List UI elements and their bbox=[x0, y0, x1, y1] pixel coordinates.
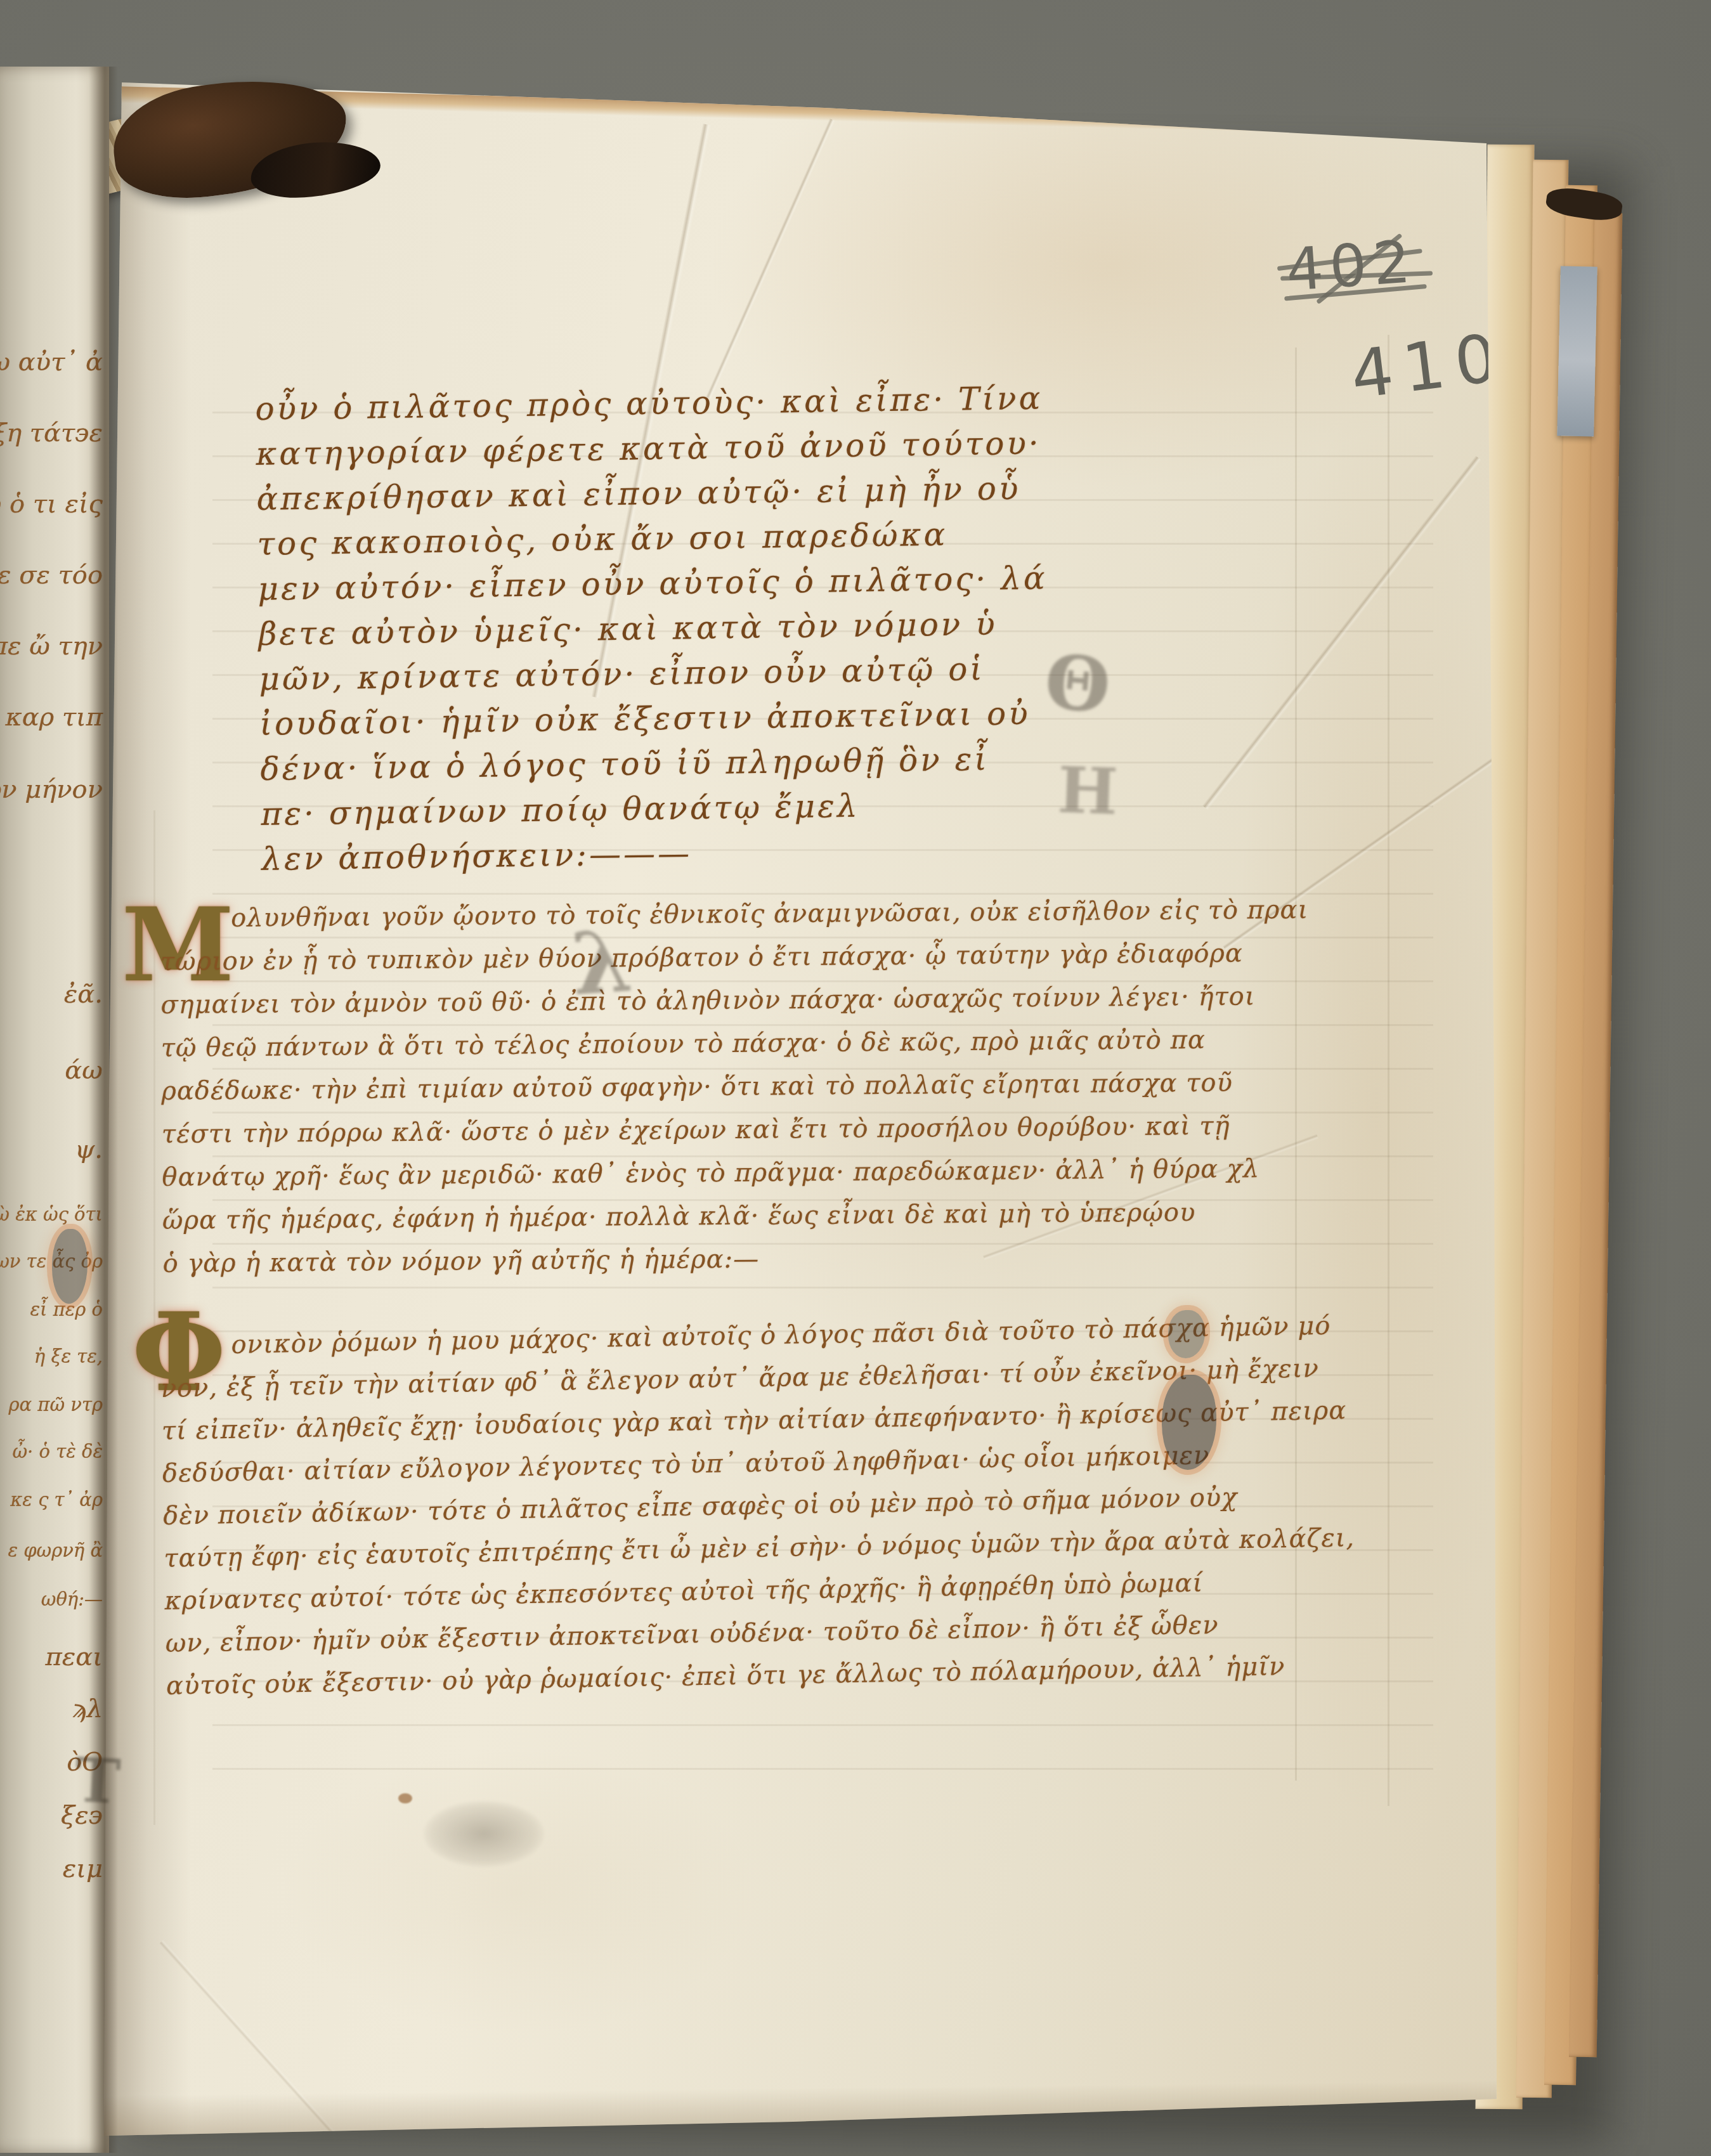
manuscript-page: οὖν ὁ πιλᾶτος πρὸς αὐτοὺς· καὶ εἶπε· Τίν… bbox=[95, 81, 1502, 2139]
ruling-vertical-2 bbox=[1388, 335, 1389, 1806]
gutter-crevice bbox=[89, 67, 118, 2153]
margin-fragment: ὼ ὁ τι εἰς bbox=[0, 490, 103, 519]
crease-2 bbox=[706, 119, 835, 399]
margin-fragment: πε ὤ την bbox=[0, 632, 103, 661]
margin-fragment: ὼ ἐκ ὡς ὅτι bbox=[0, 1204, 103, 1225]
gospel-lemma-block: οὖν ὁ πιλᾶτος πρὸς αὐτοὺς· καὶ εἶπε· Τίν… bbox=[255, 376, 1051, 882]
margin-fragment: πε σε τόο bbox=[0, 561, 103, 590]
foliation-struck-number: 402 bbox=[1284, 228, 1419, 304]
gray-bookmark-sliver bbox=[1557, 266, 1597, 436]
gray-stain bbox=[424, 1801, 544, 1867]
commentary-1-line: ὥρα τῆς ἡμέρας, ἐφάνη ἡ ἡμέρα· πολλὰ κλᾶ… bbox=[162, 1190, 1311, 1242]
rust-dot bbox=[398, 1793, 412, 1803]
margin-fragment: οὐ καρ τιπ bbox=[0, 703, 103, 732]
commentary-block-1: ολυνθῆναι γοῦν ᾤοντο τὸ τοῖς ἐθνικοῖς ἀν… bbox=[160, 888, 1311, 1285]
margin-fragment: άθω αὐτ᾽ ἀ bbox=[0, 347, 103, 377]
commentary-1-line: ὁ γὰρ ἡ κατὰ τὸν νόμον γῆ αὐτῆς ἡ ἡμέρα:… bbox=[162, 1233, 1311, 1285]
commentary-block-2: ονικὸν ῥόμων ἡ μου μάχος· καὶ αὐτοῖς ὁ λ… bbox=[160, 1304, 1357, 1708]
margin-fragment: ρν μήνον bbox=[0, 775, 103, 804]
foliation-number: 410 bbox=[1346, 318, 1511, 413]
margin-fragment: ξη τάτ϶ε bbox=[0, 419, 103, 448]
